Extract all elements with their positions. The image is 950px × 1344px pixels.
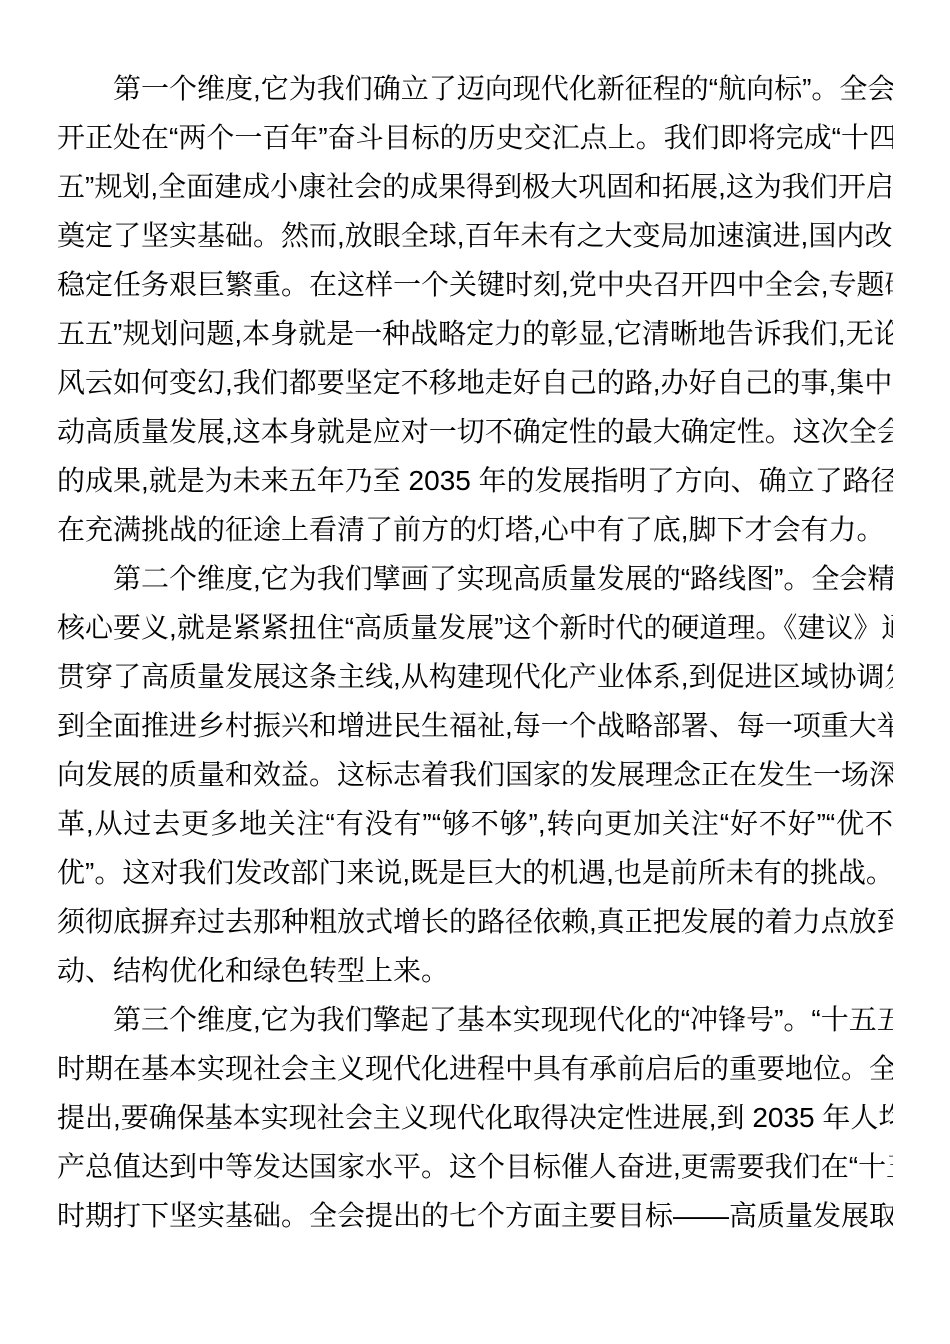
text-line: 第一个维度,它为我们确立了迈向现代化新征程的“航向标”。全会的召: [57, 64, 893, 113]
text-line: 第三个维度,它为我们擎起了基本实现现代化的“冲锋号”。“十五五”: [57, 995, 893, 1044]
text-line: 革,从过去更多地关注“有没有”“够不够”,转向更加关注“好不好”“优不: [57, 799, 893, 848]
text-line: 五五”规划问题,本身就是一种战略定力的彰显,它清晰地告诉我们,无论外部: [57, 309, 893, 358]
text-line: 五”规划,全面建成小康社会的成果得到极大巩固和拓展,这为我们开启新征程: [57, 162, 893, 211]
text-line: 在充满挑战的征途上看清了前方的灯塔,心中有了底,脚下才会有力。: [57, 505, 893, 554]
text-line: 向发展的质量和效益。这标志着我们国家的发展理念正在发生一场深刻的变: [57, 750, 893, 799]
paragraph-3-dimension-3: 第三个维度,它为我们擎起了基本实现现代化的“冲锋号”。“十五五”时期在基本实现社…: [57, 995, 893, 1240]
text-line: 的成果,就是为未来五年乃至 2035 年的发展指明了方向、确立了路径,让我们: [57, 456, 893, 505]
document-body: 第一个维度,它为我们确立了迈向现代化新征程的“航向标”。全会的召开正处在“两个一…: [57, 64, 893, 1240]
text-line: 第二个维度,它为我们擘画了实现高质量发展的“路线图”。全会精神的: [57, 554, 893, 603]
paragraph-1-dimension-1: 第一个维度,它为我们确立了迈向现代化新征程的“航向标”。全会的召开正处在“两个一…: [57, 64, 893, 554]
text-line: 时期打下坚实基础。全会提出的七个方面主要目标——高质量发展取得显著: [57, 1191, 893, 1240]
text-line: 提出,要确保基本实现社会主义现代化取得决定性进展,到 2035 年人均国内生: [57, 1093, 893, 1142]
text-line: 贯穿了高质量发展这条主线,从构建现代化产业体系,到促进区域协调发展,再: [57, 652, 893, 701]
text-line: 奠定了坚实基础。然而,放眼全球,百年未有之大变局加速演进,国内改革发展: [57, 211, 893, 260]
paragraph-2-dimension-2: 第二个维度,它为我们擘画了实现高质量发展的“路线图”。全会精神的核心要义,就是紧…: [57, 554, 893, 995]
text-line: 开正处在“两个一百年”奋斗目标的历史交汇点上。我们即将完成“十四: [57, 113, 893, 162]
text-line: 优”。这对我们发改部门来说,既是巨大的机遇,也是前所未有的挑战。我们必: [57, 848, 893, 897]
text-line: 动、结构优化和绿色转型上来。: [57, 946, 893, 995]
text-line: 风云如何变幻,我们都要坚定不移地走好自己的路,办好自己的事,集中精力推: [57, 358, 893, 407]
text-line: 产总值达到中等发达国家水平。这个目标催人奋进,更需要我们在“十五五”: [57, 1142, 893, 1191]
text-line: 时期在基本实现社会主义现代化进程中具有承前启后的重要地位。全会明确: [57, 1044, 893, 1093]
text-line: 核心要义,就是紧紧扭住“高质量发展”这个新时代的硬道理。《建议》通篇: [57, 603, 893, 652]
text-line: 到全面推进乡村振兴和增进民生福祉,每一个战略部署、每一项重大举措,都指: [57, 701, 893, 750]
document-page: 第一个维度,它为我们确立了迈向现代化新征程的“航向标”。全会的召开正处在“两个一…: [0, 0, 950, 1344]
text-line: 稳定任务艰巨繁重。在这样一个关键时刻,党中央召开四中全会,专题研究“十: [57, 260, 893, 309]
text-line: 须彻底摒弃过去那种粗放式增长的路径依赖,真正把发展的着力点放到创新驱: [57, 897, 893, 946]
text-line: 动高质量发展,这本身就是应对一切不确定性的最大确定性。这次全会最重要: [57, 407, 893, 456]
